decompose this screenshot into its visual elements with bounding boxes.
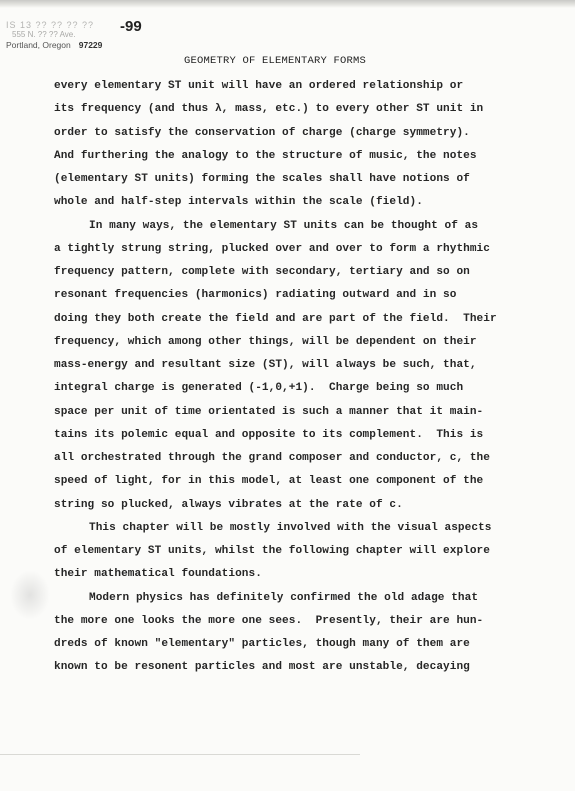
text-line: mass-energy and resultant size (ST), wil… [54, 354, 544, 377]
text-line: In many ways, the elementary ST units ca… [54, 215, 544, 238]
text-line: speed of light, for in this model, at le… [54, 470, 544, 493]
text-line: string so plucked, always vibrates at th… [54, 494, 544, 517]
page-top-edge [0, 0, 575, 8]
stamp-line-2: 555 N. ?? ?? Ave. [6, 30, 102, 40]
paper-smudge [10, 570, 50, 620]
text-line: all orchestrated through the grand compo… [54, 447, 544, 470]
text-line: of elementary ST units, whilst the follo… [54, 540, 544, 563]
text-line: dreds of known "elementary" particles, t… [54, 633, 544, 656]
text-line: And furthering the analogy to the struct… [54, 145, 544, 168]
text-line: (elementary ST units) forming the scales… [54, 168, 544, 191]
stamp-city: Portland, Oregon [6, 40, 71, 50]
text-line: the more one looks the more one sees. Pr… [54, 610, 544, 633]
page-bottom-edge [0, 754, 360, 755]
text-line: integral charge is generated (-1,0,+1). … [54, 377, 544, 400]
page-title: GEOMETRY OF ELEMENTARY FORMS [184, 55, 366, 67]
text-line: order to satisfy the conservation of cha… [54, 122, 544, 145]
text-line: doing they both create the field and are… [54, 308, 544, 331]
stamp-line-3: Portland, Oregon97229 [6, 40, 102, 50]
text-line: space per unit of time orientated is suc… [54, 401, 544, 424]
text-line: their mathematical foundations. [54, 563, 544, 586]
address-stamp: IS 13 ?? ?? ?? ?? 555 N. ?? ?? Ave. Port… [6, 20, 102, 50]
text-line: tains its polemic equal and opposite to … [54, 424, 544, 447]
text-line: whole and half-step intervals within the… [54, 191, 544, 214]
document-body: every elementary ST unit will have an or… [54, 75, 544, 680]
text-line: frequency, which among other things, wil… [54, 331, 544, 354]
text-line: frequency pattern, complete with seconda… [54, 261, 544, 284]
stamp-line-1: IS 13 ?? ?? ?? ?? [6, 20, 102, 30]
text-line: every elementary ST unit will have an or… [54, 75, 544, 98]
text-line: its frequency (and thus λ, mass, etc.) t… [54, 98, 544, 121]
text-line: resonant frequencies (harmonics) radiati… [54, 284, 544, 307]
text-line: known to be resonent particles and most … [54, 656, 544, 679]
stamp-zip: 97229 [79, 40, 103, 50]
text-line: Modern physics has definitely confirmed … [54, 587, 544, 610]
text-line: This chapter will be mostly involved wit… [54, 517, 544, 540]
handwritten-page-mark: -99 [120, 18, 142, 35]
text-line: a tightly strung string, plucked over an… [54, 238, 544, 261]
